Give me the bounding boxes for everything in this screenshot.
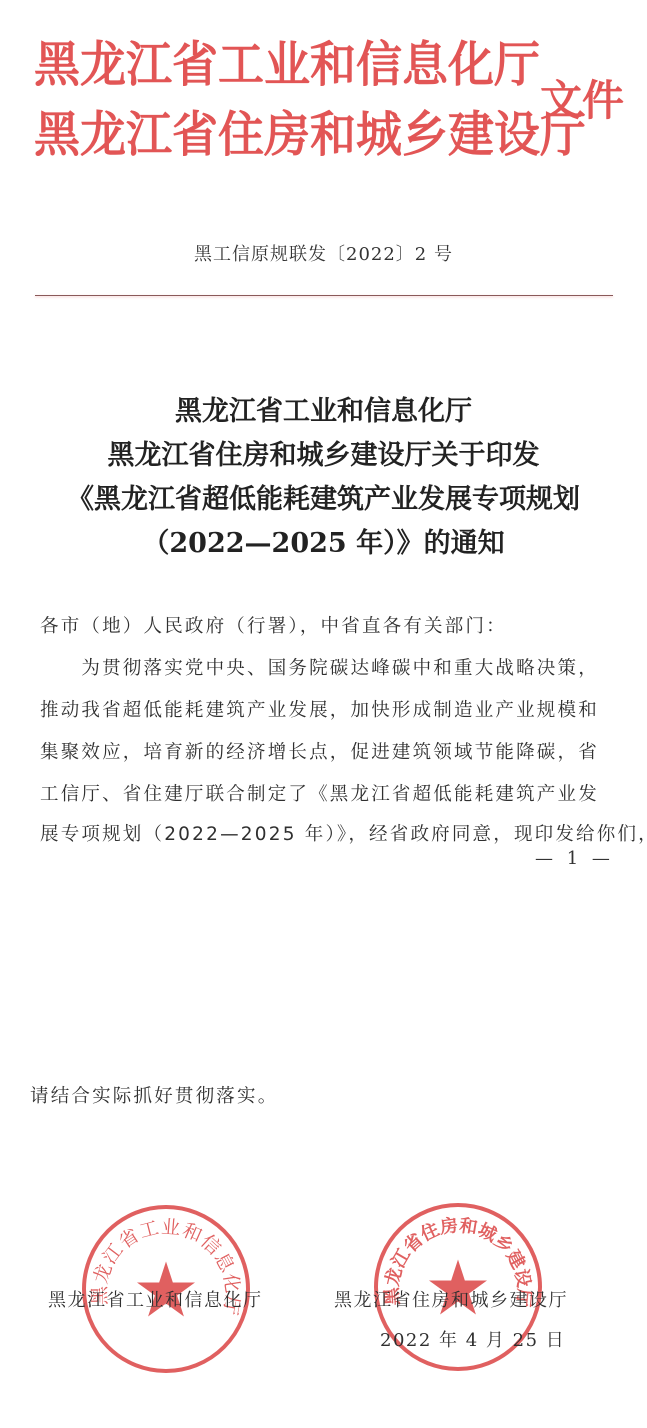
- title-line: （2022—2025 年）》的通知: [0, 522, 647, 566]
- document-type-label: 文件: [540, 76, 624, 126]
- issue-date: 2022 年 4 月 25 日: [380, 1326, 565, 1352]
- title-line: 黑龙江省工业和信息化厅: [0, 390, 647, 434]
- issuer-line-1: 黑龙江省工业和信息化厅: [34, 35, 540, 94]
- body-line: 展专项规划（2022—2025 年）》，经省政府同意，现印发给你们，: [40, 820, 647, 846]
- signature-industry-dept: 黑龙江省工业和信息化厅: [48, 1286, 263, 1312]
- body-line: 推动我省超低能耗建筑产业发展，加快形成制造业产业规模和: [40, 696, 599, 722]
- body-line: 集聚效应，培育新的经济增长点，促进建筑领域节能降碳，省: [40, 738, 599, 764]
- closing-line: 请结合实际抓好贯彻落实。: [30, 1082, 278, 1108]
- document-title: 黑龙江省工业和信息化厅 黑龙江省住房和城乡建设厅关于印发 《黑龙江省超低能耗建筑…: [0, 390, 647, 566]
- title-line: 《黑龙江省超低能耗建筑产业发展专项规划: [0, 478, 647, 522]
- body-line: 为贯彻落实党中央、国务院碳达峰碳中和重大战略决策，: [40, 654, 599, 680]
- body-line: 工信厅、省住建厅联合制定了《黑龙江省超低能耗建筑产业发: [40, 780, 599, 806]
- salutation: 各市（地）人民政府（行署），中省直各有关部门：: [40, 612, 507, 638]
- header-divider: [35, 295, 613, 296]
- page-number: — 1 —: [535, 848, 614, 869]
- document-number: 黑工信原规联发〔2022〕2 号: [0, 240, 647, 266]
- issuer-line-2: 黑龙江省住房和城乡建设厅: [34, 105, 586, 164]
- signature-housing-dept: 黑龙江省住房和城乡建设厅: [334, 1286, 568, 1312]
- title-line: 黑龙江省住房和城乡建设厅关于印发: [0, 434, 647, 478]
